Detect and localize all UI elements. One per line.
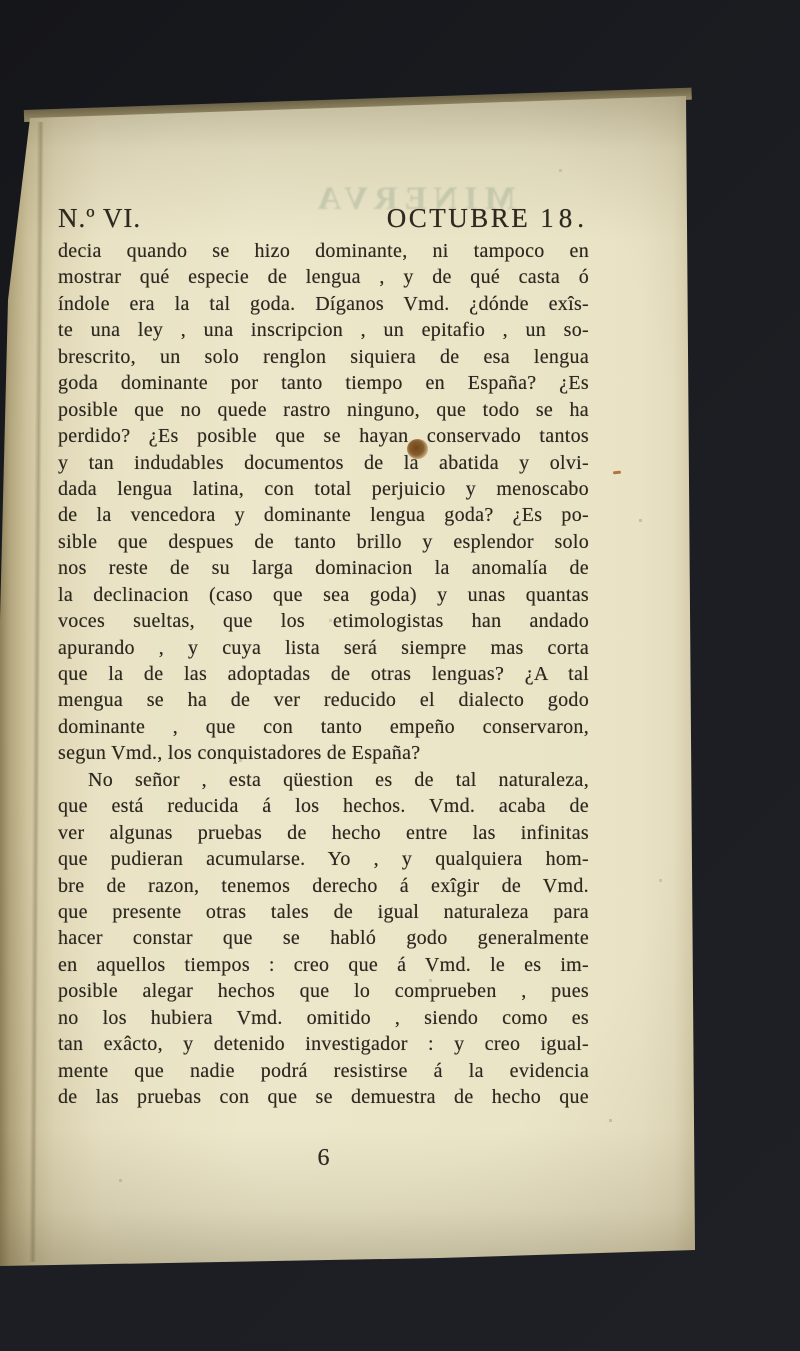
text-line: mengua se ha de ver reducido el dialecto… <box>58 689 589 715</box>
issue-number: N.º VI. <box>58 203 141 233</box>
text-line: de las pruebas con que se demuestra de h… <box>58 1086 589 1112</box>
text-line: que presente otras tales de igual natura… <box>58 901 589 927</box>
text-line-paragraph-end: segun Vmd., los conquistadores de España… <box>58 742 589 768</box>
text-line: no los hubiera Vmd. omitido , siendo com… <box>58 1007 589 1033</box>
text-line: dada lengua latina, con total perjuicio … <box>58 478 589 504</box>
text-line: perdido? ¿Es posible que se hayan conser… <box>58 425 589 451</box>
text-line: sible que despues de tanto brillo y espl… <box>58 531 589 557</box>
paper-specks <box>0 0 1 1</box>
header-month: OCTUBRE <box>387 203 531 233</box>
text-line: posible alegar hechos que lo comprueben … <box>58 980 589 1006</box>
header-day: 18. <box>540 203 589 233</box>
text-line: que la de las adoptadas de otras lenguas… <box>58 663 589 689</box>
text-line: ver algunas pruebas de hecho entre las i… <box>58 822 589 848</box>
text-line: te una ley , una inscripcion , un epitaf… <box>58 319 589 345</box>
text-line: la declinacion (caso que sea goda) y una… <box>58 584 589 610</box>
book-scan: MINERVA N.º VI. OCTUBRE18. decia quando … <box>0 0 800 1351</box>
text-line: mostrar qué especie de lengua , y de qué… <box>58 266 589 292</box>
text-line-paragraph-start: No señor , esta qüestion es de tal natur… <box>58 769 589 795</box>
header-date: OCTUBRE18. <box>387 203 589 233</box>
text-line: en aquellos tiempos : creo que á Vmd. le… <box>58 954 589 980</box>
text-line: y tan indudables documentos de la abatid… <box>58 452 589 478</box>
book-page: MINERVA N.º VI. OCTUBRE18. decia quando … <box>0 0 800 1351</box>
text-line: posible que no quede rastro ninguno, que… <box>58 399 589 425</box>
text-line: bre de razon, tenemos derecho á exîgir d… <box>58 875 589 901</box>
text-line: mente que nadie podrá resistirse á la ev… <box>58 1060 589 1086</box>
text-line: tan exâcto, y detenido investigador : y … <box>58 1033 589 1059</box>
text-line: brescrito, un solo renglon siquiera de e… <box>58 346 589 372</box>
text-line: nos reste de su larga dominacion la anom… <box>58 557 589 583</box>
text-line: decia quando se hizo dominante, ni tampo… <box>58 240 589 266</box>
text-line: apurando , y cuya lista será siempre mas… <box>58 637 589 663</box>
text-line: dominante , que con tanto empeño conserv… <box>58 716 589 742</box>
page-header: N.º VI. OCTUBRE18. <box>58 203 589 239</box>
page-content: N.º VI. OCTUBRE18. decia quando se hizo … <box>58 203 589 1172</box>
body-text: decia quando se hizo dominante, ni tampo… <box>58 240 589 1112</box>
text-line: hacer constar que se habló godo generalm… <box>58 927 589 953</box>
page-number: 6 <box>58 1145 589 1172</box>
text-line: que está reducida á los hechos. Vmd. aca… <box>58 795 589 821</box>
text-line: índole era la tal goda. Díganos Vmd. ¿dó… <box>58 293 589 319</box>
text-line: voces sueltas, que los etimologistas han… <box>58 610 589 636</box>
text-line: que pudieran acumularse. Yo , y qualquie… <box>58 848 589 874</box>
text-line: de la vencedora y dominante lengua goda?… <box>58 504 589 530</box>
text-line: goda dominante por tanto tiempo en Españ… <box>58 372 589 398</box>
